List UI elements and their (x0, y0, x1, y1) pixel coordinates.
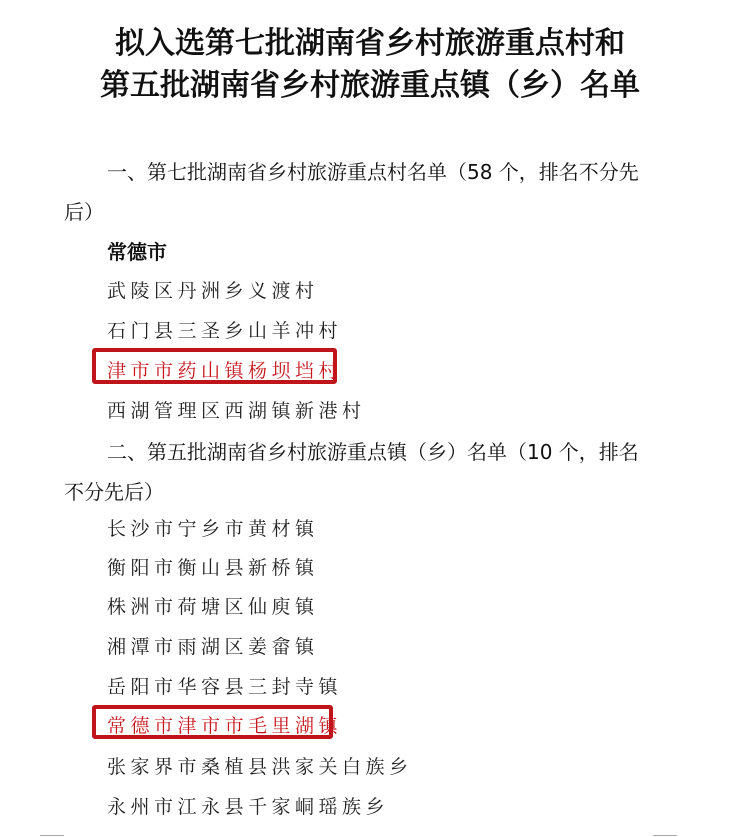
town-item: 株洲市荷塘区仙庾镇 (107, 592, 319, 619)
page-corner-mark-left (40, 835, 64, 836)
section-1-heading-cont: 后） (64, 196, 104, 225)
town-item: 岳阳市华容县三封寺镇 (107, 672, 342, 699)
town-item: 张家界市桑植县洪家关白族乡 (107, 752, 413, 779)
town-item: 衡阳市衡山县新桥镇 (107, 553, 319, 580)
town-item-highlighted: 常德市津市市毛里湖镇 (107, 711, 342, 738)
document-page: 拟入选第七批湖南省乡村旅游重点村和 第五批湖南省乡村旅游重点镇（乡）名单 一、第… (0, 0, 740, 837)
section-1-heading: 一、第七批湖南省乡村旅游重点村名单（58 个，排名不分先 (107, 156, 639, 185)
village-item: 石门县三圣乡山羊冲村 (107, 316, 342, 343)
town-item: 永州市江永县千家峒瑶族乡 (107, 792, 389, 819)
town-item: 长沙市宁乡市黄材镇 (107, 514, 319, 541)
document-title-line-2: 第五批湖南省乡村旅游重点镇（乡）名单 (0, 60, 740, 104)
page-corner-mark-right (653, 835, 677, 836)
town-item: 湘潭市雨湖区姜畲镇 (107, 632, 319, 659)
village-item: 武陵区丹洲乡义渡村 (107, 276, 319, 303)
village-item-highlighted: 津市市药山镇杨坝垱村 (107, 356, 342, 383)
village-item: 西湖管理区西湖镇新港村 (107, 396, 366, 423)
document-title-line-1: 拟入选第七批湖南省乡村旅游重点村和 (0, 18, 740, 62)
section-2-heading-cont: 不分先后） (64, 476, 164, 505)
city-heading-changde: 常德市 (107, 236, 167, 265)
section-2-heading: 二、第五批湖南省乡村旅游重点镇（乡）名单（10 个，排名 (107, 436, 639, 465)
